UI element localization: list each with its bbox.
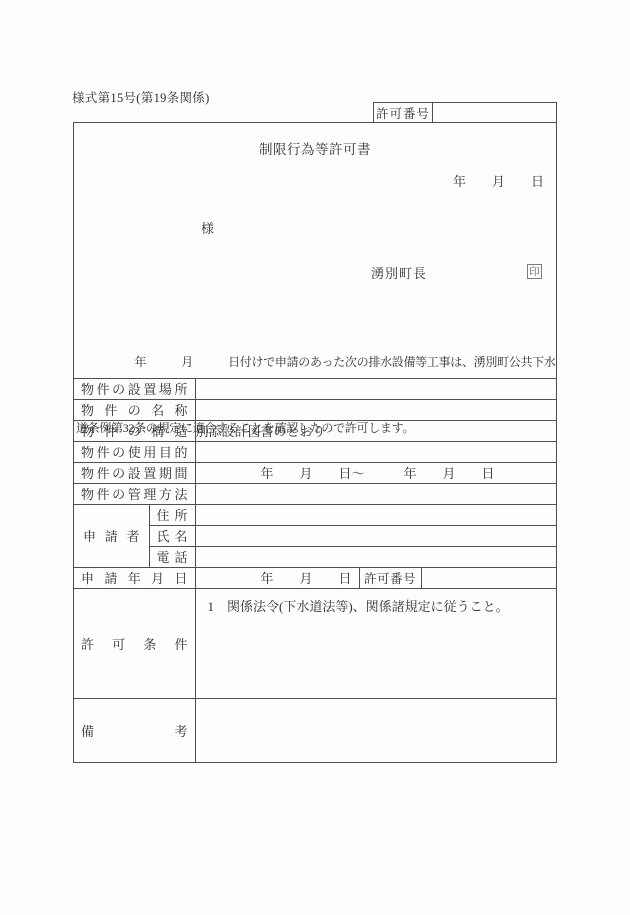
label-text: 申請年月日 (74, 568, 195, 587)
addressee-line: 様 (74, 218, 556, 237)
field-property-name (195, 399, 556, 420)
label-permit-conditions: 許可条件 (74, 588, 195, 698)
permit-number-field (433, 103, 556, 122)
label-text: 物件の設置場所 (74, 379, 195, 398)
issuer-line: 湧別町長 印 (74, 263, 556, 281)
permit-number-box: 許可番号 (373, 102, 557, 123)
label-text: 電話 (150, 547, 195, 566)
label-property-name: 物件の名称 (74, 399, 195, 420)
field-application-date: 年 月 日 (195, 567, 359, 588)
table-row: 許可条件 1 関係法令(下水道法等)、関係諸規定に従うこと。 (74, 588, 556, 698)
label-text: 物件の名称 (74, 400, 195, 419)
field-property-location (195, 378, 556, 399)
label-text: 許可条件 (74, 634, 195, 653)
table-row: 物件の使用目的 (74, 441, 556, 462)
issue-date-line: 年 月 日 (74, 171, 556, 190)
label-text: 備考 (74, 721, 195, 740)
label-application-date: 申請年月日 (74, 567, 195, 588)
document-frame: 制限行為等許可書 年 月 日 様 湧別町長 印 年 月 日付けで申請のあった次の… (73, 122, 557, 763)
table-row: 備考 (74, 698, 556, 762)
seal-mark-icon: 印 (527, 264, 542, 279)
label-text: 物件の構造 (74, 421, 195, 440)
label-text: 住所 (150, 505, 195, 524)
label-remarks: 備考 (74, 698, 195, 762)
field-installation-period: 年 月 日～ 年 月 日 (195, 462, 556, 483)
permit-number-label: 許可番号 (374, 103, 433, 122)
label-property-purpose: 物件の使用目的 (74, 441, 195, 462)
label-permit-number-inline: 許可番号 (359, 567, 421, 588)
field-permit-number-inline (421, 567, 556, 588)
field-applicant-phone (195, 546, 556, 567)
table-row: 物件の設置場所 (74, 378, 556, 399)
label-applicant-name: 氏名 (149, 525, 195, 546)
document-title: 制限行為等許可書 (74, 138, 556, 158)
label-text: 物件の管理方法 (74, 484, 195, 503)
table-row: 物件の構造 別添設計図書のとおり (74, 420, 556, 441)
label-property-location: 物件の設置場所 (74, 378, 195, 399)
form-number-label: 様式第15号(第19条関係) (72, 88, 210, 106)
label-installation-period: 物件の設置期間 (74, 462, 195, 483)
table-row: 申請年月日 年 月 日 許可番号 (74, 567, 556, 588)
field-property-purpose (195, 441, 556, 462)
label-text: 物件の設置期間 (74, 463, 195, 482)
document-page: 様式第15号(第19条関係) 許可番号 制限行為等許可書 年 月 日 様 湧別町… (0, 0, 630, 915)
label-applicant-phone: 電話 (149, 546, 195, 567)
label-applicant-address: 住所 (149, 504, 195, 525)
table-row: 物件の管理方法 (74, 483, 556, 504)
form-table: 物件の設置場所 物件の名称 物件の構造 別添設計図書のとおり 物件の使用目的 物… (74, 378, 556, 763)
issuer-name: 湧別町長 (371, 263, 427, 282)
field-permit-conditions: 1 関係法令(下水道法等)、関係諸規定に従うこと。 (195, 588, 556, 698)
table-row: 物件の設置期間 年 月 日～ 年 月 日 (74, 462, 556, 483)
field-applicant-address (195, 504, 556, 525)
label-management-method: 物件の管理方法 (74, 483, 195, 504)
table-row: 申請者 住所 (74, 504, 556, 525)
label-text: 申請者 (74, 526, 149, 545)
label-property-structure: 物件の構造 (74, 420, 195, 441)
field-property-structure: 別添設計図書のとおり (195, 420, 556, 441)
field-remarks (195, 698, 556, 762)
body-line-1: 年 月 日付けで申請のあった次の排水設備等工事は、湧別町公共下水 (76, 351, 554, 373)
label-text: 氏名 (150, 526, 195, 545)
table-row: 物件の名称 (74, 399, 556, 420)
label-text: 物件の使用目的 (74, 442, 195, 461)
field-applicant-name (195, 525, 556, 546)
label-applicant: 申請者 (74, 504, 149, 567)
field-management-method (195, 483, 556, 504)
